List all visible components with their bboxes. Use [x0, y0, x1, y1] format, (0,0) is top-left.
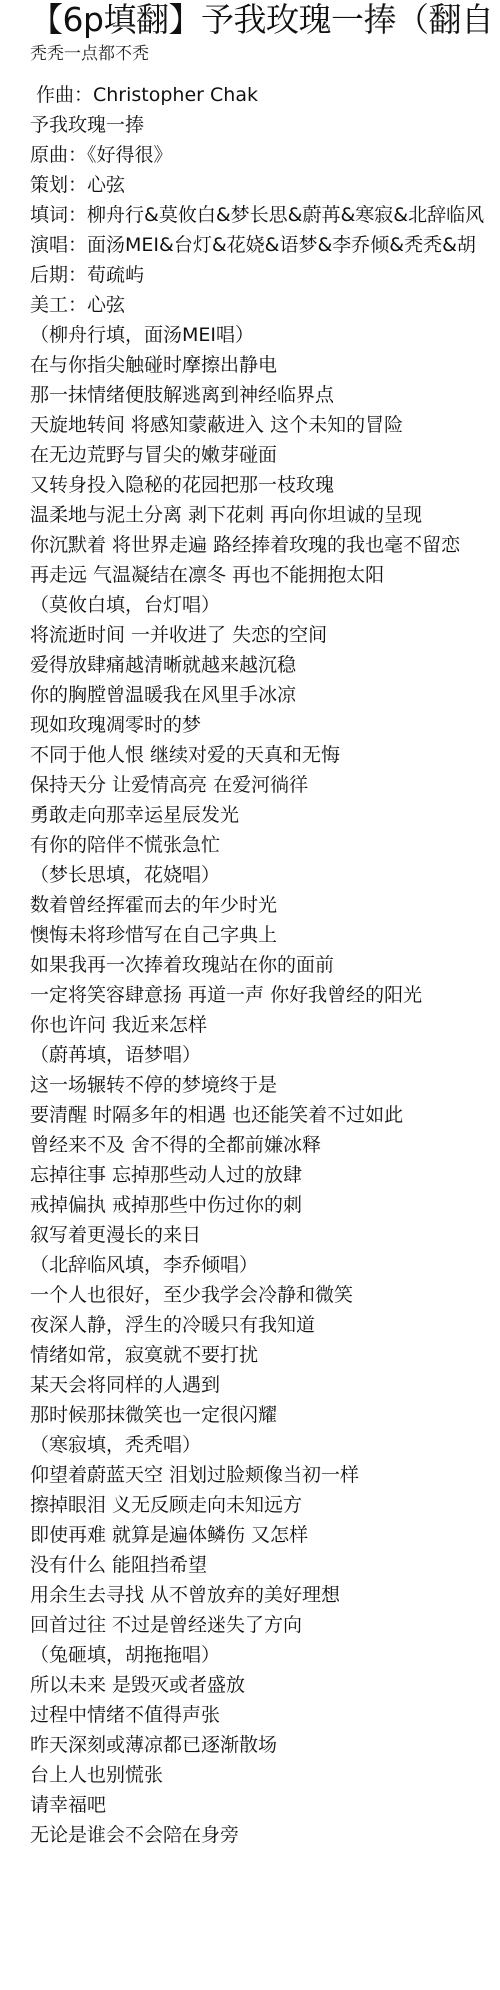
lyric-line: 你沉默着 将世界走遍 路经捧着玫瑰的我也毫不留恋 [30, 530, 500, 560]
lyric-line: 勇敢走向那幸运星辰发光 [30, 800, 500, 830]
lyric-line: 曾经来不及 舍不得的全都前嫌冰释 [30, 1130, 500, 1160]
section-heading: （寒寂填，秃秃唱） [30, 1430, 500, 1460]
lyric-line: 昨天深刻或薄凉都已逐渐散场 [30, 1730, 500, 1760]
lyric-line: 数着曾经挥霍而去的年少时光 [30, 890, 500, 920]
lyric-line: 天旋地转间 将感知蒙蔽进入 这个未知的冒险 [30, 410, 500, 440]
section-heading: （兔砸填，胡拖拖唱） [30, 1640, 500, 1670]
lyric-line: 没有什么 能阻挡希望 [30, 1550, 500, 1580]
credit-post-production: 后期：荀疏屿 [30, 260, 500, 290]
lyric-line: 你的胸膛曾温暖我在风里手冰凉 [30, 680, 500, 710]
credit-artwork: 美工：心弦 [30, 290, 500, 320]
lyric-line: 不同于他人恨 继续对爱的天真和无悔 [30, 740, 500, 770]
page-title: 【6p填翻】予我玫瑰一捧（翻自 麦 [30, 0, 500, 40]
lyric-line: 要清醒 时隔多年的相遇 也还能笑着不过如此 [30, 1100, 500, 1130]
lyric-line: 某天会将同样的人遇到 [30, 1370, 500, 1400]
section-heading: （柳舟行填，面汤MEI唱） [30, 320, 500, 350]
lyric-line: 保持天分 让爱情高亮 在爱河徜徉 [30, 770, 500, 800]
lyric-line: 如果我再一次捧着玫瑰站在你的面前 [30, 950, 500, 980]
uploader-name[interactable]: 秃秃一点都不秃 [30, 42, 149, 66]
lyric-line: 将流逝时间 一并收进了 失恋的空间 [30, 620, 500, 650]
lyric-line: 仰望着蔚蓝天空 泪划过脸颊像当初一样 [30, 1460, 500, 1490]
lyric-line: 擦掉眼泪 义无反顾走向未知远方 [30, 1490, 500, 1520]
lyric-line: 你也许问 我近来怎样 [30, 1010, 500, 1040]
lyric-line: 回首过往 不过是曾经迷失了方向 [30, 1610, 500, 1640]
lyric-line: 温柔地与泥土分离 剥下花刺 再向你坦诚的呈现 [30, 500, 500, 530]
lyric-line: 请幸福吧 [30, 1790, 500, 1820]
lyric-line: 所以未来 是毁灭或者盛放 [30, 1670, 500, 1700]
lyric-line: 在与你指尖触碰时摩擦出静电 [30, 350, 500, 380]
lyric-line: 有你的陪伴不慌张急忙 [30, 830, 500, 860]
lyric-line: 一个人也很好，至少我学会冷静和微笑 [30, 1280, 500, 1310]
lyric-line: 那时候那抹微笑也一定很闪耀 [30, 1400, 500, 1430]
lyric-line: 一定将笑容肆意扬 再道一声 你好我曾经的阳光 [30, 980, 500, 1010]
lyrics-page: 【6p填翻】予我玫瑰一捧（翻自 麦 秃秃一点都不秃 作曲：Christopher… [0, 0, 500, 1990]
credit-planning: 策划：心弦 [30, 170, 500, 200]
lyric-line: 台上人也别慌张 [30, 1760, 500, 1790]
lyric-line: 用余生去寻找 从不曾放弃的美好理想 [30, 1580, 500, 1610]
lyric-line: 叙写着更漫长的来日 [30, 1220, 500, 1250]
credit-song-name: 予我玫瑰一捧 [30, 110, 500, 140]
section-heading: （蔚苒填，语梦唱） [30, 1040, 500, 1070]
lyric-line: 情绪如常，寂寞就不要打扰 [30, 1340, 500, 1370]
credit-lyricists: 填词：柳舟行&莫攸白&梦长思&蔚苒&寒寂&北辞临风 [30, 200, 500, 230]
lyric-line: 过程中情绪不值得声张 [30, 1700, 500, 1730]
lyric-line: 即使再难 就算是遍体鳞伤 又怎样 [30, 1520, 500, 1550]
lyric-line: 又转身投入隐秘的花园把那一枝玫瑰 [30, 470, 500, 500]
lyric-line: 现如玫瑰凋零时的梦 [30, 710, 500, 740]
lyric-line: 忘掉往事 忘掉那些动人过的放肆 [30, 1160, 500, 1190]
lyric-line: 无论是谁会不会陪在身旁 [30, 1820, 500, 1850]
credit-composer: 作曲：Christopher Chak [30, 80, 500, 110]
credit-singers: 演唱：面汤MEI&台灯&花娆&语梦&李乔倾&秃秃&胡 [30, 230, 500, 260]
lyric-line: 爱得放肆痛越清晰就越来越沉稳 [30, 650, 500, 680]
lyric-line: 在无边荒野与冒尖的嫩芽碰面 [30, 440, 500, 470]
section-heading: （莫攸白填，台灯唱） [30, 590, 500, 620]
lyric-line: 这一场辗转不停的梦境终于是 [30, 1070, 500, 1100]
lyric-line: 戒掉偏执 戒掉那些中伤过你的刺 [30, 1190, 500, 1220]
lyric-line: 那一抹情绪便肢解逃离到神经临界点 [30, 380, 500, 410]
section-heading: （北辞临风填，李乔倾唱） [30, 1250, 500, 1280]
lyric-line: 夜深人静，浮生的冷暖只有我知道 [30, 1310, 500, 1340]
lyric-line: 懊悔未将珍惜写在自己字典上 [30, 920, 500, 950]
lyric-line: 再走远 气温凝结在凛冬 再也不能拥抱太阳 [30, 560, 500, 590]
section-heading: （梦长思填，花娆唱） [30, 860, 500, 890]
credit-original: 原曲：《好得很》 [30, 140, 500, 170]
lyrics-body: 作曲：Christopher Chak 予我玫瑰一捧 原曲：《好得很》 策划：心… [30, 80, 500, 1850]
